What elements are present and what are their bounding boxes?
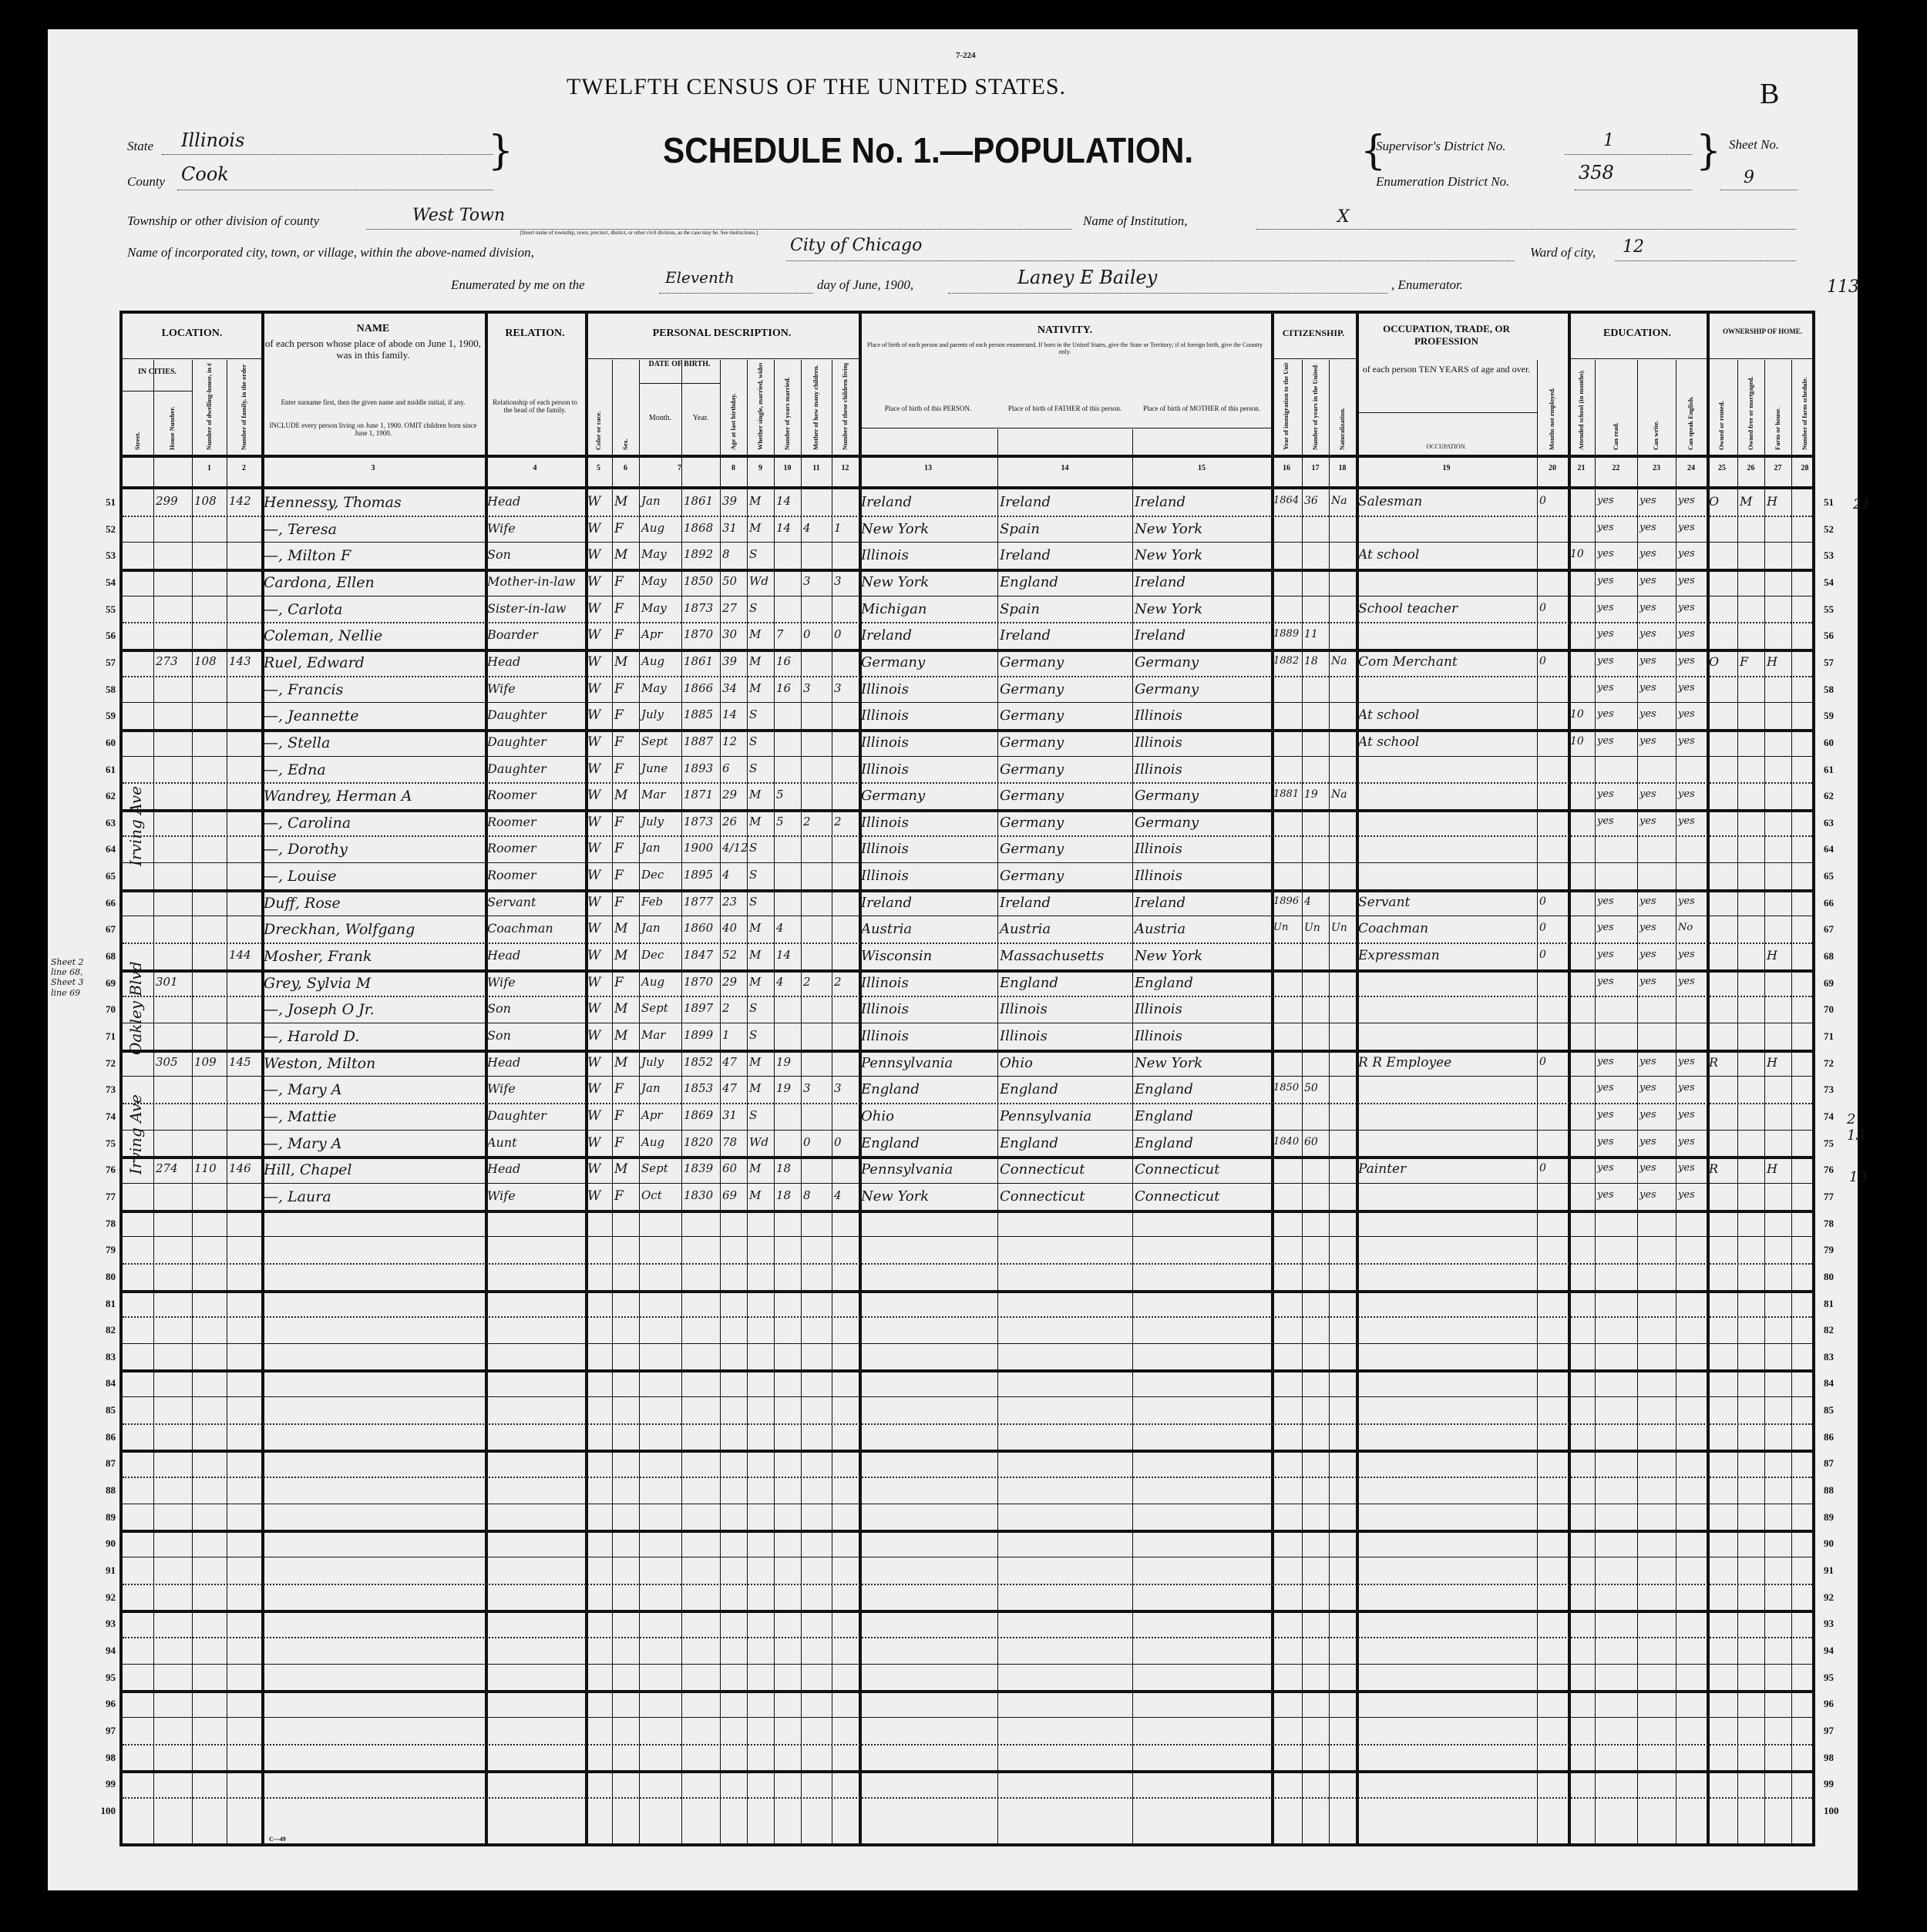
cell-rel[interactable]: Roomer xyxy=(487,789,536,801)
cell-unemp[interactable]: 0 xyxy=(1539,922,1546,933)
cell-name[interactable]: Grey, Sylvia M xyxy=(264,976,371,991)
cell-bf[interactable]: Illinois xyxy=(1000,1003,1048,1016)
cell-bp[interactable]: Michigan xyxy=(861,603,927,617)
cell-own[interactable]: O xyxy=(1709,656,1719,668)
cell-rel[interactable]: Servant xyxy=(487,896,536,909)
cell-occ[interactable]: Com Merchant xyxy=(1358,656,1458,669)
cell-name[interactable]: —, Dorothy xyxy=(264,842,348,857)
cell-write[interactable]: yes xyxy=(1639,789,1656,799)
cell-write[interactable]: yes xyxy=(1639,976,1656,986)
cell-marital[interactable]: S xyxy=(749,896,757,908)
cell-bm[interactable]: New York xyxy=(1135,522,1202,536)
cell-rel[interactable]: Boarder xyxy=(487,629,538,641)
cell-imm[interactable]: 1896 xyxy=(1273,896,1299,906)
cell-marital[interactable]: S xyxy=(749,736,757,748)
cell-name[interactable]: —, Harold D. xyxy=(264,1030,359,1044)
cell-marital[interactable]: M xyxy=(749,683,761,694)
cell-color[interactable]: W xyxy=(587,922,600,936)
cell-year[interactable]: 1873 xyxy=(684,603,713,614)
cell-mother[interactable]: 2 xyxy=(803,816,811,828)
cell-dwelling[interactable]: 110 xyxy=(194,1163,217,1174)
cell-year[interactable]: 1877 xyxy=(684,896,713,908)
cell-family[interactable]: 144 xyxy=(229,949,251,961)
cell-write[interactable]: yes xyxy=(1639,576,1656,586)
cell-bp[interactable]: England xyxy=(861,1083,920,1097)
cell-mother[interactable]: 8 xyxy=(803,1190,811,1201)
cell-age[interactable]: 47 xyxy=(722,1083,737,1094)
cell-name[interactable]: —, Joseph O Jr. xyxy=(264,1003,375,1017)
cell-name[interactable]: —, Teresa xyxy=(264,522,337,537)
cell-read[interactable]: yes xyxy=(1597,976,1614,986)
cell-bp[interactable]: Illinois xyxy=(861,763,909,777)
cell-marital[interactable]: S xyxy=(749,603,757,614)
cell-name[interactable]: —, Carolina xyxy=(264,816,351,831)
cell-color[interactable]: W xyxy=(587,1003,600,1016)
cell-bp[interactable]: Pennsylvania xyxy=(861,1057,953,1070)
cell-eng[interactable]: yes xyxy=(1678,736,1695,746)
cell-color[interactable]: W xyxy=(587,1163,600,1176)
cell-bp[interactable]: Austria xyxy=(861,922,912,936)
cell-name[interactable]: —, Louise xyxy=(264,869,336,884)
cell-write[interactable]: yes xyxy=(1639,1057,1656,1067)
cell-eng[interactable]: yes xyxy=(1678,522,1695,533)
cell-color[interactable]: W xyxy=(587,522,600,536)
cell-write[interactable]: yes xyxy=(1639,629,1656,639)
cell-bf[interactable]: Germany xyxy=(1000,842,1064,856)
cell-eng[interactable]: yes xyxy=(1678,496,1695,506)
cell-age[interactable]: 60 xyxy=(722,1163,737,1174)
cell-sex[interactable]: M xyxy=(614,496,627,509)
cell-bp[interactable]: Illinois xyxy=(861,1030,909,1043)
cell-year[interactable]: 1861 xyxy=(684,496,713,507)
cell-color[interactable]: W xyxy=(587,656,600,669)
cell-sex[interactable]: M xyxy=(614,549,627,562)
cell-month[interactable]: Jan xyxy=(641,1083,661,1094)
cell-farm[interactable]: H xyxy=(1767,1163,1777,1175)
cell-eng[interactable]: yes xyxy=(1678,549,1695,559)
cell-bp[interactable]: New York xyxy=(861,522,929,536)
cell-bm[interactable]: Austria xyxy=(1135,922,1185,936)
cell-school[interactable]: 10 xyxy=(1570,709,1584,720)
enumeration-field[interactable]: 358 xyxy=(1575,173,1692,190)
cell-name[interactable]: —, Stella xyxy=(264,736,330,751)
cell-write[interactable]: yes xyxy=(1639,1083,1656,1093)
cell-marital[interactable]: S xyxy=(749,709,757,721)
cell-ym[interactable]: 18 xyxy=(776,1163,791,1174)
cell-month[interactable]: Sept xyxy=(641,736,668,748)
cell-own[interactable]: R xyxy=(1709,1163,1718,1175)
cell-color[interactable]: W xyxy=(587,683,600,696)
cell-name[interactable]: Weston, Milton xyxy=(264,1057,375,1071)
cell-rel[interactable]: Wife xyxy=(487,976,516,989)
cell-bp[interactable]: Germany xyxy=(861,656,925,670)
cell-color[interactable]: W xyxy=(587,1083,600,1096)
cell-bm[interactable]: England xyxy=(1135,1137,1193,1151)
cell-age[interactable]: 78 xyxy=(722,1137,737,1148)
cell-write[interactable]: yes xyxy=(1639,709,1656,719)
cell-living[interactable]: 2 xyxy=(834,816,842,828)
cell-living[interactable]: 0 xyxy=(834,1137,842,1148)
cell-rel[interactable]: Wife xyxy=(487,522,516,535)
cell-imm[interactable]: 1840 xyxy=(1273,1137,1299,1147)
cell-bf[interactable]: Spain xyxy=(1000,522,1040,536)
cell-year[interactable]: 1885 xyxy=(684,709,713,721)
cell-ym[interactable]: 19 xyxy=(776,1083,791,1094)
cell-bp[interactable]: Illinois xyxy=(861,1003,909,1016)
cell-imm[interactable]: 1864 xyxy=(1273,496,1299,506)
cell-color[interactable]: W xyxy=(587,842,600,855)
cell-bf[interactable]: England xyxy=(1000,576,1058,590)
cell-bf[interactable]: England xyxy=(1000,976,1058,990)
cell-bf[interactable]: Germany xyxy=(1000,869,1064,883)
cell-family[interactable]: 142 xyxy=(229,496,251,507)
cell-read[interactable]: yes xyxy=(1597,1057,1614,1067)
cell-month[interactable]: May xyxy=(641,603,667,614)
cell-bm[interactable]: Illinois xyxy=(1135,1003,1182,1016)
cell-write[interactable]: yes xyxy=(1639,683,1656,693)
cell-month[interactable]: Apr xyxy=(641,629,663,640)
cell-bf[interactable]: Germany xyxy=(1000,656,1064,670)
cell-read[interactable]: yes xyxy=(1597,789,1614,799)
cell-age[interactable]: 29 xyxy=(722,976,737,988)
cell-bp[interactable]: New York xyxy=(861,1190,929,1204)
cell-bm[interactable]: Ireland xyxy=(1135,576,1185,590)
cell-yus[interactable]: 11 xyxy=(1304,629,1318,640)
cell-imm[interactable]: 1881 xyxy=(1273,789,1299,799)
cell-bf[interactable]: Ireland xyxy=(1000,629,1051,643)
cell-color[interactable]: W xyxy=(587,629,600,642)
cell-rel[interactable]: Wife xyxy=(487,1083,516,1095)
cell-age[interactable]: 40 xyxy=(722,922,737,934)
cell-marital[interactable]: M xyxy=(749,789,761,801)
cell-month[interactable]: June xyxy=(641,763,668,774)
cell-sex[interactable]: M xyxy=(614,922,627,936)
cell-eng[interactable]: No xyxy=(1678,922,1693,932)
cell-dwelling[interactable]: 108 xyxy=(194,496,217,507)
cell-year[interactable]: 1853 xyxy=(684,1083,713,1094)
cell-occ[interactable]: At school xyxy=(1358,549,1419,562)
cell-color[interactable]: W xyxy=(587,496,600,509)
cell-read[interactable]: yes xyxy=(1597,1190,1614,1200)
cell-mother[interactable]: 3 xyxy=(803,1083,811,1094)
cell-bf[interactable]: England xyxy=(1000,1137,1058,1151)
cell-marital[interactable]: M xyxy=(749,656,761,667)
cell-year[interactable]: 1870 xyxy=(684,976,713,988)
cell-dwelling[interactable]: 109 xyxy=(194,1057,217,1068)
cell-school[interactable]: 10 xyxy=(1570,549,1584,559)
cell-bm[interactable]: Connecticut xyxy=(1135,1190,1219,1204)
cell-read[interactable]: yes xyxy=(1597,576,1614,586)
cell-month[interactable]: Dec xyxy=(641,869,664,881)
cell-farm[interactable]: H xyxy=(1767,656,1777,668)
cell-rel[interactable]: Head xyxy=(487,1057,520,1069)
cell-bp[interactable]: Wisconsin xyxy=(861,949,932,963)
cell-color[interactable]: W xyxy=(587,1137,600,1150)
cell-bm[interactable]: Germany xyxy=(1135,656,1199,670)
cell-free[interactable]: M xyxy=(1740,496,1752,508)
cell-unemp[interactable]: 0 xyxy=(1539,496,1546,506)
cell-sex[interactable]: F xyxy=(614,709,624,722)
cell-age[interactable]: 31 xyxy=(722,522,737,534)
cell-marital[interactable]: M xyxy=(749,949,761,961)
cell-year[interactable]: 1860 xyxy=(684,922,713,934)
cell-color[interactable]: W xyxy=(587,789,600,802)
cell-write[interactable]: yes xyxy=(1639,603,1656,613)
cell-mother[interactable]: 0 xyxy=(803,1137,811,1148)
cell-name[interactable]: Coleman, Nellie xyxy=(264,629,382,643)
cell-imm[interactable]: 1882 xyxy=(1273,656,1299,666)
cell-bp[interactable]: Illinois xyxy=(861,683,909,697)
cell-read[interactable]: yes xyxy=(1597,816,1614,826)
cell-age[interactable]: 31 xyxy=(722,1110,737,1121)
cell-year[interactable]: 1820 xyxy=(684,1137,713,1148)
cell-ym[interactable]: 4 xyxy=(776,922,784,934)
cell-year[interactable]: 1892 xyxy=(684,549,713,560)
cell-read[interactable]: yes xyxy=(1597,1083,1614,1093)
cell-month[interactable]: July xyxy=(641,709,664,721)
cell-marital[interactable]: M xyxy=(749,1163,761,1174)
cell-write[interactable]: yes xyxy=(1639,1110,1656,1120)
cell-marital[interactable]: Wd xyxy=(749,576,768,587)
cell-rel[interactable]: Daughter xyxy=(487,763,546,775)
cell-rel[interactable]: Roomer xyxy=(487,816,536,828)
cell-bf[interactable]: Ireland xyxy=(1000,496,1051,509)
cell-marital[interactable]: S xyxy=(749,549,757,560)
city-field[interactable]: City of Chicago xyxy=(786,244,1515,261)
cell-living[interactable]: 2 xyxy=(834,976,842,988)
cell-read[interactable]: yes xyxy=(1597,949,1614,959)
supervisor-field[interactable]: 1 xyxy=(1565,137,1692,155)
cell-age[interactable]: 4 xyxy=(722,869,730,881)
cell-eng[interactable]: yes xyxy=(1678,709,1695,719)
cell-name[interactable]: Cardona, Ellen xyxy=(264,576,375,590)
cell-occ[interactable]: Servant xyxy=(1358,896,1410,909)
cell-sex[interactable]: M xyxy=(614,949,627,963)
cell-eng[interactable]: yes xyxy=(1678,576,1695,586)
cell-marital[interactable]: S xyxy=(749,763,757,774)
cell-bf[interactable]: Germany xyxy=(1000,736,1064,750)
cell-marital[interactable]: M xyxy=(749,1057,761,1068)
cell-mother[interactable]: 4 xyxy=(803,522,811,534)
cell-color[interactable]: W xyxy=(587,1057,600,1070)
cell-year[interactable]: 1870 xyxy=(684,629,713,640)
cell-month[interactable]: May xyxy=(641,549,667,560)
cell-name[interactable]: Dreckhan, Wolfgang xyxy=(264,922,415,937)
cell-month[interactable]: July xyxy=(641,1057,664,1068)
cell-eng[interactable]: yes xyxy=(1678,603,1695,613)
cell-month[interactable]: Aug xyxy=(641,656,664,667)
cell-age[interactable]: 52 xyxy=(722,949,737,961)
cell-unemp[interactable]: 0 xyxy=(1539,603,1546,613)
cell-mother[interactable]: 3 xyxy=(803,576,811,587)
cell-ym[interactable]: 4 xyxy=(776,976,784,988)
cell-marital[interactable]: S xyxy=(749,1003,757,1014)
enumerator-field[interactable]: Laney E Bailey xyxy=(948,276,1387,294)
cell-color[interactable]: W xyxy=(587,549,600,562)
cell-free[interactable]: F xyxy=(1740,656,1748,668)
cell-bp[interactable]: Illinois xyxy=(861,549,909,563)
cell-rel[interactable]: Head xyxy=(487,949,520,962)
cell-occ[interactable]: R R Employee xyxy=(1358,1057,1451,1070)
cell-year[interactable]: 1887 xyxy=(684,736,713,748)
cell-age[interactable]: 39 xyxy=(722,496,737,507)
cell-age[interactable]: 12 xyxy=(722,736,737,748)
cell-sex[interactable]: M xyxy=(614,789,627,802)
cell-write[interactable]: yes xyxy=(1639,949,1656,959)
cell-name[interactable]: —, Edna xyxy=(264,763,326,778)
cell-age[interactable]: 26 xyxy=(722,816,737,828)
cell-marital[interactable]: M xyxy=(749,1190,761,1201)
cell-marital[interactable]: M xyxy=(749,522,761,534)
cell-write[interactable]: yes xyxy=(1639,522,1656,533)
cell-marital[interactable]: Wd xyxy=(749,1137,768,1148)
cell-month[interactable]: May xyxy=(641,576,667,587)
cell-imm[interactable]: Un xyxy=(1273,922,1288,932)
cell-family[interactable]: 143 xyxy=(229,656,251,667)
cell-name[interactable]: —, Milton F xyxy=(264,549,351,563)
cell-mother[interactable]: 0 xyxy=(803,629,811,640)
cell-occ[interactable]: At school xyxy=(1358,709,1419,722)
cell-sex[interactable]: F xyxy=(614,869,624,882)
cell-write[interactable]: yes xyxy=(1639,549,1656,559)
cell-year[interactable]: 1830 xyxy=(684,1190,713,1201)
cell-color[interactable]: W xyxy=(587,763,600,776)
cell-month[interactable]: Oct xyxy=(641,1190,662,1201)
cell-marital[interactable]: M xyxy=(749,976,761,988)
cell-marital[interactable]: M xyxy=(749,816,761,828)
cell-name[interactable]: —, Laura xyxy=(264,1190,331,1205)
cell-ym[interactable]: 18 xyxy=(776,1190,791,1201)
cell-sex[interactable]: F xyxy=(614,896,624,909)
cell-bp[interactable]: Ireland xyxy=(861,896,912,910)
cell-month[interactable]: Jan xyxy=(641,922,661,934)
cell-rel[interactable]: Daughter xyxy=(487,736,546,748)
cell-name[interactable]: —, Mattie xyxy=(264,1110,336,1124)
cell-name[interactable]: Mosher, Frank xyxy=(264,949,372,964)
cell-mother[interactable]: 3 xyxy=(803,683,811,694)
cell-eng[interactable]: yes xyxy=(1678,1083,1695,1093)
cell-color[interactable]: W xyxy=(587,869,600,882)
cell-farm[interactable]: H xyxy=(1767,496,1777,508)
cell-eng[interactable]: yes xyxy=(1678,949,1695,959)
cell-rel[interactable]: Coachman xyxy=(487,922,553,935)
cell-sex[interactable]: F xyxy=(614,683,624,696)
cell-age[interactable]: 27 xyxy=(722,603,737,614)
cell-living[interactable]: 4 xyxy=(834,1190,842,1201)
cell-bp[interactable]: Pennsylvania xyxy=(861,1163,953,1177)
cell-bf[interactable]: Germany xyxy=(1000,763,1064,777)
cell-eng[interactable]: yes xyxy=(1678,1110,1695,1120)
cell-bf[interactable]: Ireland xyxy=(1000,549,1051,563)
cell-age[interactable]: 23 xyxy=(722,896,737,908)
cell-bm[interactable]: Illinois xyxy=(1135,1030,1182,1043)
cell-ym[interactable]: 14 xyxy=(776,949,791,961)
cell-name[interactable]: Ruel, Edward xyxy=(264,656,365,670)
cell-write[interactable]: yes xyxy=(1639,896,1656,906)
cell-house[interactable]: 299 xyxy=(156,496,178,507)
cell-name[interactable]: Hill, Chapel xyxy=(264,1163,351,1178)
cell-month[interactable]: Jan xyxy=(641,842,661,854)
cell-house[interactable]: 274 xyxy=(156,1163,178,1174)
cell-occ[interactable]: Painter xyxy=(1358,1163,1406,1176)
cell-sex[interactable]: M xyxy=(614,656,627,669)
cell-bf[interactable]: Ireland xyxy=(1000,896,1051,910)
cell-read[interactable]: yes xyxy=(1597,629,1614,639)
cell-year[interactable]: 1868 xyxy=(684,522,713,534)
cell-mother[interactable]: 2 xyxy=(803,976,811,988)
cell-read[interactable]: yes xyxy=(1597,1137,1614,1147)
cell-eng[interactable]: yes xyxy=(1678,1190,1695,1200)
cell-rel[interactable]: Mother-in-law xyxy=(487,576,575,588)
cell-unemp[interactable]: 0 xyxy=(1539,896,1546,907)
cell-ym[interactable]: 7 xyxy=(776,629,784,640)
cell-rel[interactable]: Roomer xyxy=(487,842,536,855)
cell-bm[interactable]: Germany xyxy=(1135,789,1199,803)
cell-sex[interactable]: F xyxy=(614,1137,624,1150)
cell-sex[interactable]: F xyxy=(614,603,624,616)
institution-field[interactable]: X xyxy=(1256,212,1796,230)
cell-bf[interactable]: Connecticut xyxy=(1000,1190,1085,1204)
cell-month[interactable]: Mar xyxy=(641,1030,665,1041)
cell-bf[interactable]: Germany xyxy=(1000,709,1064,723)
cell-color[interactable]: W xyxy=(587,576,600,589)
cell-month[interactable]: Sept xyxy=(641,1163,668,1174)
cell-write[interactable]: yes xyxy=(1639,1190,1656,1200)
cell-bm[interactable]: England xyxy=(1135,1110,1193,1124)
cell-age[interactable]: 30 xyxy=(722,629,737,640)
cell-eng[interactable]: yes xyxy=(1678,629,1695,639)
cell-bm[interactable]: Illinois xyxy=(1135,842,1182,856)
cell-rel[interactable]: Wife xyxy=(487,1190,516,1202)
cell-unemp[interactable]: 0 xyxy=(1539,1057,1546,1067)
cell-bp[interactable]: Illinois xyxy=(861,736,909,750)
cell-bf[interactable]: Germany xyxy=(1000,816,1064,830)
cell-month[interactable]: Aug xyxy=(641,976,664,988)
cell-write[interactable]: yes xyxy=(1639,816,1656,826)
cell-bf[interactable]: Massachusetts xyxy=(1000,949,1104,963)
township-field[interactable]: West Town xyxy=(366,212,1071,230)
cell-age[interactable]: 39 xyxy=(722,656,737,667)
cell-farm[interactable]: H xyxy=(1767,1057,1777,1069)
cell-house[interactable]: 273 xyxy=(156,656,178,667)
cell-sex[interactable]: F xyxy=(614,522,624,536)
cell-marital[interactable]: M xyxy=(749,629,761,640)
cell-living[interactable]: 0 xyxy=(834,629,842,640)
cell-month[interactable]: Feb xyxy=(641,896,663,908)
cell-write[interactable]: yes xyxy=(1639,1137,1656,1147)
cell-marital[interactable]: M xyxy=(749,1083,761,1094)
cell-name[interactable]: —, Carlota xyxy=(264,603,343,617)
cell-read[interactable]: yes xyxy=(1597,522,1614,533)
cell-bf[interactable]: England xyxy=(1000,1083,1058,1097)
cell-write[interactable]: yes xyxy=(1639,1163,1656,1173)
cell-name[interactable]: Wandrey, Herman A xyxy=(264,789,412,804)
cell-color[interactable]: W xyxy=(587,736,600,749)
cell-rel[interactable]: Son xyxy=(487,1030,511,1042)
cell-marital[interactable]: S xyxy=(749,842,757,854)
cell-name[interactable]: Hennessy, Thomas xyxy=(264,496,402,510)
cell-color[interactable]: W xyxy=(587,816,600,829)
ward-field[interactable]: 12 xyxy=(1615,244,1796,261)
cell-ym[interactable]: 16 xyxy=(776,683,791,694)
cell-color[interactable]: W xyxy=(587,1030,600,1043)
cell-read[interactable]: yes xyxy=(1597,736,1614,746)
cell-bf[interactable]: Germany xyxy=(1000,789,1064,803)
cell-eng[interactable]: yes xyxy=(1678,816,1695,826)
cell-dwelling[interactable]: 108 xyxy=(194,656,217,667)
cell-ym[interactable]: 5 xyxy=(776,789,784,801)
cell-yus[interactable]: 50 xyxy=(1304,1083,1318,1094)
